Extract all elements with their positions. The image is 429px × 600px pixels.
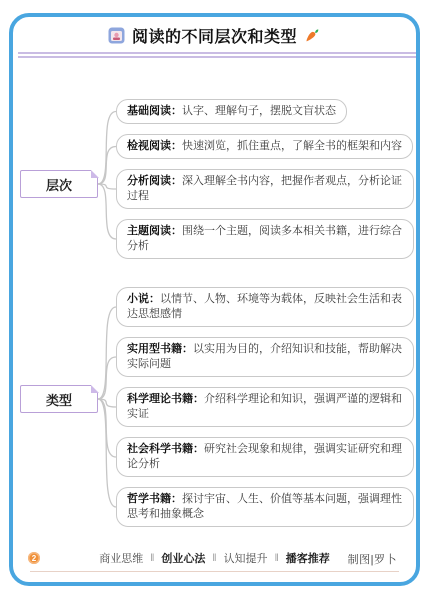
children-column-types: 小说：以情节、人物、环境等为载体，反映社会生活和表达思想感情 实用型书籍：以实用… [116, 287, 414, 527]
node-label: 哲学书籍： [127, 493, 182, 505]
node-desc: 认字、理解句子，摆脱文盲状态 [182, 105, 336, 117]
root-node-label: 类型 [46, 390, 72, 409]
node-label: 主题阅读： [127, 225, 182, 237]
mindmap-node: 社会科学书籍：研究社会现象和规律，强调实证研究和理论分析 [116, 437, 414, 477]
node-desc: 快速浏览，抓住重点，了解全书的框架和内容 [182, 140, 402, 152]
node-label: 社会科学书籍： [127, 443, 204, 455]
mindmap-node: 小说：以情节、人物、环境等为载体，反映社会生活和表达思想感情 [116, 287, 414, 327]
children-column-levels: 基础阅读：认字、理解句子，摆脱文盲状态 检视阅读：快速浏览，抓住重点，了解全书的… [116, 99, 414, 259]
mindmap-node: 主题阅读：围绕一个主题，阅读多本相关书籍，进行综合分析 [116, 219, 414, 259]
credit-text: 制图|罗卜 [348, 551, 397, 567]
node-label: 小说： [127, 293, 160, 305]
node-desc: 以情节、人物、环境等为载体，反映社会生活和表达思想感情 [127, 293, 402, 320]
root-node-levels: 层次 [20, 170, 98, 198]
tag-separator: ‖ [275, 553, 279, 564]
footer-tag: 商业思维 [99, 550, 143, 566]
root-node-label: 层次 [46, 175, 72, 194]
footer-tag: 播客推荐 [286, 550, 330, 566]
page-title-row: 阅读的不同层次和类型 [0, 24, 429, 47]
node-label: 基础阅读： [127, 105, 182, 117]
carrot-emoji-icon [304, 27, 321, 44]
mindmap-node: 哲学书籍：探讨宇宙、人生、价值等基本问题，强调理性思考和抽象概念 [116, 487, 414, 527]
app-logo-icon [108, 27, 125, 44]
footer-divider [30, 571, 399, 572]
node-label: 科学理论书籍： [127, 393, 204, 405]
mindmap-node: 分析阅读：深入理解全书内容，把握作者观点，分析论证过程 [116, 169, 414, 209]
tag-separator: ‖ [150, 553, 154, 564]
mindmap-node: 实用型书籍：以实用为目的，介绍知识和技能，帮助解决实际问题 [116, 337, 414, 377]
mindmap-node: 科学理论书籍：介绍科学理论和知识，强调严谨的逻辑和实证 [116, 387, 414, 427]
root-node-types: 类型 [20, 385, 98, 413]
title-divider-top [18, 52, 416, 54]
node-label: 分析阅读： [127, 175, 182, 187]
title-divider-bottom [18, 56, 416, 58]
folded-corner-icon [91, 385, 99, 393]
node-label: 实用型书籍： [127, 343, 193, 355]
folded-corner-icon [91, 170, 99, 178]
footer-tag: 创业心法 [161, 550, 205, 566]
mindmap-poster: 阅读的不同层次和类型 层次 基础阅读：认字、理解句子，摆脱文盲状态 检视阅读：快… [0, 0, 429, 600]
page-title: 阅读的不同层次和类型 [132, 24, 297, 47]
footer-tag: 认知提升 [224, 550, 268, 566]
mindmap-node: 检视阅读：快速浏览，抓住重点，了解全书的框架和内容 [116, 134, 413, 159]
tag-separator: ‖ [212, 553, 216, 564]
node-label: 检视阅读： [127, 140, 182, 152]
mindmap-node: 基础阅读：认字、理解句子，摆脱文盲状态 [116, 99, 347, 124]
